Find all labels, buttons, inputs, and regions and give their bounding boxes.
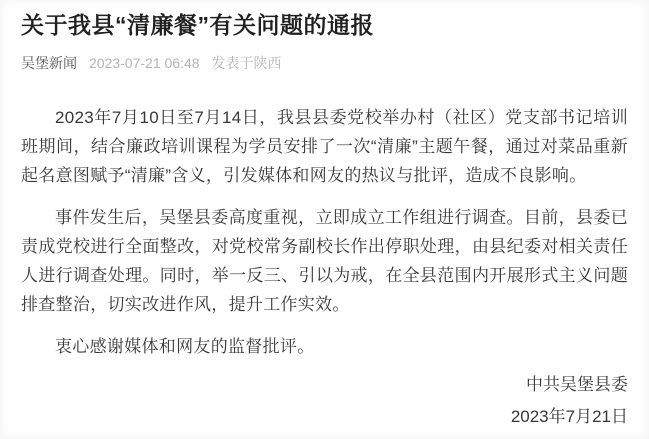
article-title: 关于我县“清廉餐”有关问题的通报 <box>21 10 628 41</box>
account-name-link[interactable]: 吴堡新闻 <box>21 54 77 72</box>
signature-organization: 中共吴堡县委 <box>511 370 628 399</box>
article-byline: 吴堡新闻 2023-07-21 06:48 发表于陕西 <box>21 54 628 72</box>
article-page: 关于我县“清廉餐”有关问题的通报 吴堡新闻 2023-07-21 06:48 发… <box>0 0 649 439</box>
publish-location: 发表于陕西 <box>212 54 282 72</box>
article-body: 2023年7月10日至7月14日，我县县委党校举办村（社区）党支部书记培训班期间… <box>21 103 628 361</box>
article-paragraph: 事件发生后，吴堡县委高度重视，立即成立工作组进行调查。目前，县委已责成党校进行全… <box>21 203 628 319</box>
signature-block: 中共吴堡县委 2023年7月21日 <box>511 370 628 431</box>
article-paragraph: 衷心感谢媒体和网友的监督批评。 <box>21 332 628 361</box>
article-paragraph: 2023年7月10日至7月14日，我县县委党校举办村（社区）党支部书记培训班期间… <box>21 103 628 190</box>
signature-date: 2023年7月21日 <box>511 402 628 431</box>
publish-timestamp: 2023-07-21 06:48 <box>89 54 200 72</box>
